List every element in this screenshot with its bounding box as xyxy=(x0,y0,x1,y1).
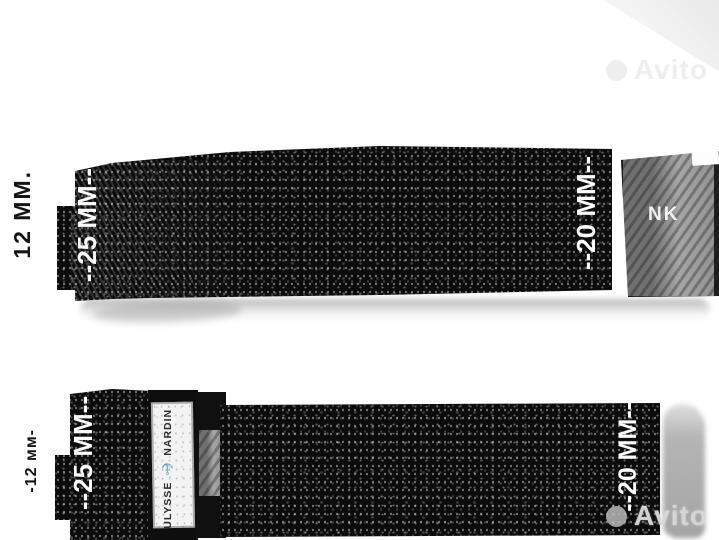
top-strap-lug-width-label: --25 MM-- xyxy=(74,168,101,282)
avito-logo-dot-icon xyxy=(606,506,627,527)
anchor-icon: ⚓ xyxy=(163,462,174,476)
avito-logo-dot-icon xyxy=(606,60,627,81)
listing-photo: NK 12 MM. --25 MM-- --20 MM-- ULYSSE ⚓ N… xyxy=(0,0,719,540)
buckle-brand-upper: NARDIN xyxy=(163,409,174,456)
watermark-bottom: Avito xyxy=(606,500,708,532)
bottom-strap xyxy=(220,398,660,538)
buckle-brand-lower: ULYSSE xyxy=(163,482,174,529)
bottom-strap-end-width-label: --20 MM-- xyxy=(615,402,641,512)
clasp-piece-engraving: NK xyxy=(648,204,679,226)
buckle-brand-engraving: ULYSSE ⚓ NARDIN xyxy=(163,406,174,532)
watermark-text: Avito xyxy=(634,500,708,532)
top-strap-outer-width-label: 12 MM. xyxy=(10,170,34,259)
buckle-link-springbar xyxy=(199,430,223,496)
watermark-text: Avito xyxy=(634,54,708,86)
top-strap-end-width-label: --20 MM-- xyxy=(573,156,600,270)
bottom-strap-lug-width-label: --25 MM-- xyxy=(70,396,97,510)
clasp-piece-notch xyxy=(692,150,719,166)
top-strap xyxy=(55,144,612,302)
bottom-strap-outer-width-label: -12 мм- xyxy=(24,429,41,493)
watermark-top: Avito xyxy=(606,54,708,86)
